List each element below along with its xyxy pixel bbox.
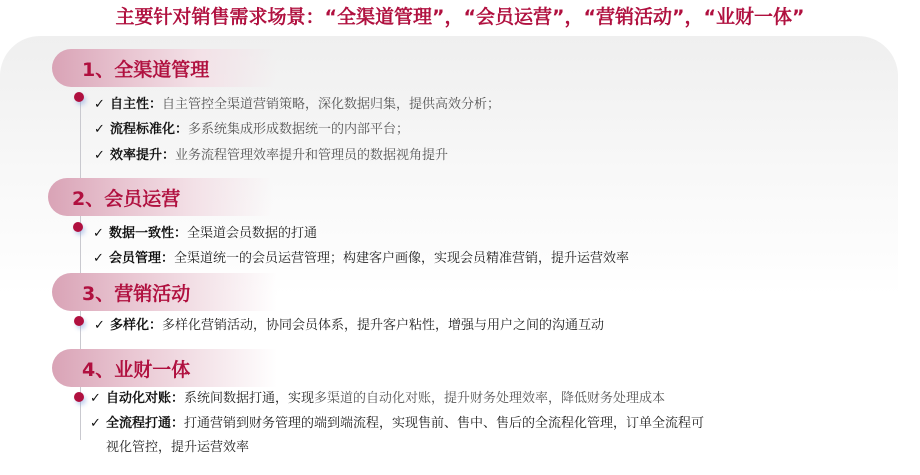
item-desc: 业务流程管理效率提升和管理员的数据视角提升 [175, 148, 448, 163]
list-item: ✓自动化对账：系统间数据打通，实现多渠道的自动化对账，提升财务处理效率，降低财务… [90, 389, 665, 409]
item-label: 自动化对账： [106, 391, 184, 406]
timeline-line [80, 97, 81, 440]
check-icon: ✓ [93, 224, 109, 244]
item-desc: 多系统集成形成数据统一的内部平台； [188, 122, 409, 137]
section-header-4: 4、业财一体 [52, 349, 277, 387]
list-item: ✓多样化：多样化营销活动，协同会员体系，提升客户粘性，增强与用户之间的沟通互动 [94, 316, 604, 336]
section-heading: 2、会员运营 [48, 184, 180, 211]
section-header-2: 2、会员运营 [48, 178, 273, 216]
section-heading: 1、全渠道管理 [52, 55, 209, 82]
timeline-dot [73, 222, 83, 232]
check-icon: ✓ [94, 95, 110, 115]
check-icon: ✓ [94, 120, 110, 140]
list-item: ✓自主性：自主管控全渠道营销策略，深化数据归集，提供高效分析； [94, 95, 500, 115]
check-icon: ✓ [94, 316, 110, 336]
section-header-3: 3、营销活动 [52, 273, 277, 311]
item-desc: 自主管控全渠道营销策略，深化数据归集，提供高效分析； [162, 97, 500, 112]
list-item: ✓效率提升：业务流程管理效率提升和管理员的数据视角提升 [94, 146, 448, 166]
item-label: 流程标准化： [110, 122, 188, 137]
list-item: ✓流程标准化：多系统集成形成数据统一的内部平台； [94, 120, 409, 140]
list-item: ✓全流程打通：打通营销到财务管理的端到端流程，实现售前、售中、售后的全流程化管理… [90, 414, 704, 434]
timeline-dot [74, 316, 84, 326]
item-label: 会员管理： [109, 251, 174, 266]
section-heading: 3、营销活动 [52, 279, 190, 306]
item-label: 多样化： [110, 318, 162, 333]
check-icon: ✓ [93, 249, 109, 269]
item-desc: 打通营销到财务管理的端到端流程，实现售前、售中、售后的全流程化管理，订单全流程可 [184, 416, 704, 431]
item-label: 效率提升： [110, 148, 175, 163]
item-desc: 全渠道会员数据的打通 [187, 226, 317, 241]
item-desc: 全渠道统一的会员运营管理；构建客户画像，实现会员精准营销，提升运营效率 [174, 251, 629, 266]
item-desc-continuation: 视化管控，提升运营效率 [106, 438, 249, 458]
item-desc: 多渠道的自动化对账，提升财务处理效率，降低财务处理成本 [314, 391, 665, 406]
timeline-dot [74, 392, 84, 402]
check-icon: ✓ [90, 414, 106, 434]
section-heading: 4、业财一体 [52, 355, 190, 382]
list-item: ✓数据一致性：全渠道会员数据的打通 [93, 224, 317, 244]
page-title: 主要针对销售需求场景：“全渠道管理”，“会员运营”，“营销活动”，“业财一体” [0, 4, 920, 30]
timeline-dot [74, 92, 84, 102]
check-icon: ✓ [94, 146, 110, 166]
item-label: 数据一致性： [109, 226, 187, 241]
list-item: ✓会员管理：全渠道统一的会员运营管理；构建客户画像，实现会员精准营销，提升运营效… [93, 249, 629, 269]
item-desc: 多样化营销活动，协同会员体系，提升客户粘性，增强与用户之间的沟通互动 [162, 318, 604, 333]
check-icon: ✓ [90, 389, 106, 409]
item-desc-emphasis: 系统间数据打通，实现 [184, 391, 314, 406]
item-label: 自主性： [110, 97, 162, 112]
section-header-1: 1、全渠道管理 [52, 49, 277, 87]
item-label: 全流程打通： [106, 416, 184, 431]
